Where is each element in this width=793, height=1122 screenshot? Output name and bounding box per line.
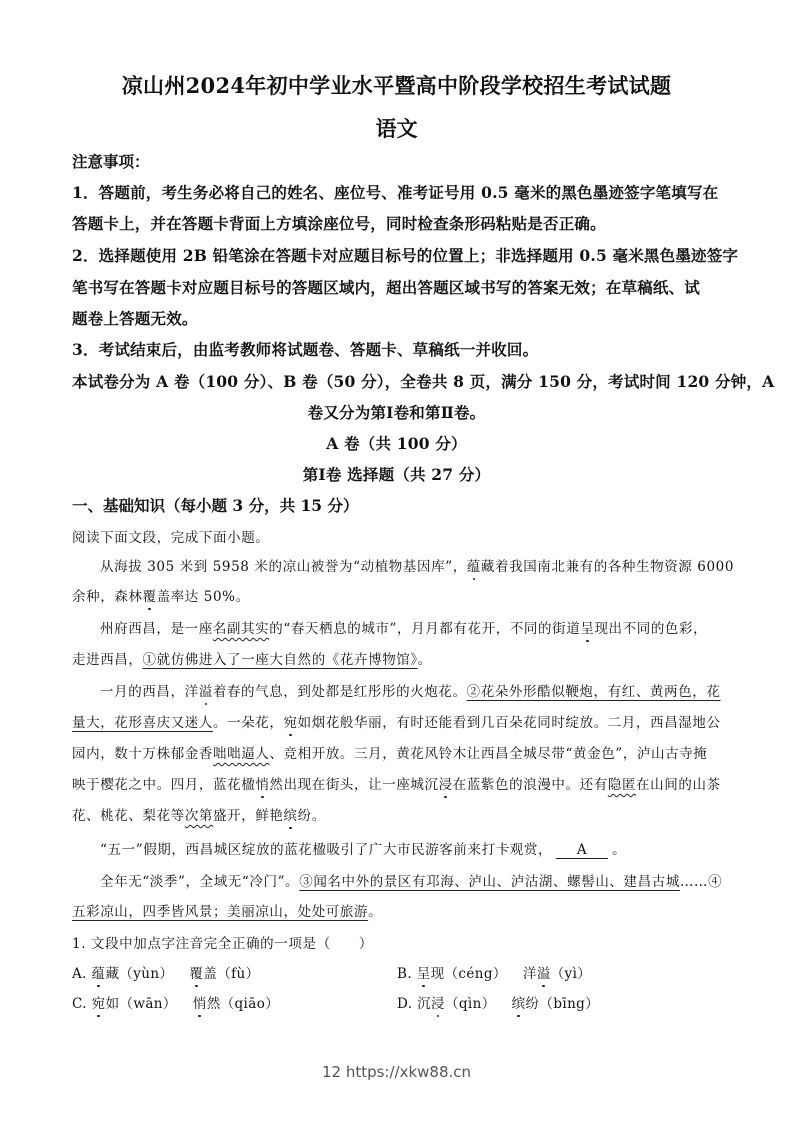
paper-info-line-1: 本试卷分为 A 卷（100 分）、B 卷（50 分），全卷共 8 页，满分 15… xyxy=(72,370,721,392)
part-1-heading: 第Ⅰ卷 选择题（共 27 分） xyxy=(0,463,793,485)
emphasis-dot-char: 浸 xyxy=(431,992,445,1012)
passage-p3-line-3: 园内，数十万株郁金香咄咄逼人、竞相开放。三月，黄花风铃木让西昌全城尽带“黄金色”… xyxy=(72,742,721,762)
underlined-sentence-2-cont: 量大，花形喜庆又迷人 xyxy=(72,715,213,731)
underlined-sentence-2: ②花朵外形酷似鞭炮，有红、黄两色，花 xyxy=(467,684,721,700)
emphasis-dot-char: 蕴 xyxy=(92,962,106,982)
question-1-stem: 1. 文段中加点字注音完全正确的一项是（ ） xyxy=(72,932,721,952)
emphasis-dot-char: 宛 xyxy=(92,992,106,1012)
option-c: C. 宛如（wān）悄然（qiāo） xyxy=(72,992,279,1012)
subject-title: 语文 xyxy=(0,113,793,143)
answer-blank-a: A xyxy=(556,842,608,859)
emphasis-dot-char: 浸 xyxy=(439,773,453,793)
option-b: B. 呈现（céng）洋溢（yì） xyxy=(397,962,591,982)
notice-item-2-line-3: 题卷上答题无效。 xyxy=(72,307,721,329)
page-footer-watermark: 12 https://xkw88.cn xyxy=(0,1063,793,1081)
document-title: 凉山州2024年初中学业水平暨高中阶段学校招生考试试题 xyxy=(0,70,793,100)
notice-item-1-line-2: 答题卡上，并在答题卡背面上方填涂座位号，同时检查条形码粘贴是否正确。 xyxy=(72,212,721,234)
emphasis-dot-char: 覆 xyxy=(143,585,157,605)
emphasis-dot-char: 宛 xyxy=(284,711,298,731)
passage-p3-line-5: 花、桃花、梨花等次第盛开，鲜艳缤纷。 xyxy=(72,804,721,824)
section-a-heading: A 卷（共 100 分） xyxy=(0,432,793,454)
notice-item-2-line-1: 2．选择题使用 2B 铅笔涂在答题卡对应题目标号的位置上；非选择题用 0.5 毫… xyxy=(72,244,721,266)
exam-page: 凉山州2024年初中学业水平暨高中阶段学校招生考试试题 语文 注意事项： 1．答… xyxy=(0,0,793,1122)
notice-item-3: 3．考试结束后，由监考教师将试题卷、答题卡、草稿纸一并收回。 xyxy=(72,338,721,360)
wavy-underlined-phrase: 次第 xyxy=(185,808,213,824)
passage-p5-line-1: 全年无“淡季”，全域无“冷门”。③闻名中外的景区有邛海、泸山、泸沽湖、螺髻山、建… xyxy=(72,870,721,890)
emphasis-dot-char: 溢 xyxy=(537,962,551,982)
emphasis-dot-char: 悄 xyxy=(255,773,269,793)
passage-p5-line-2: 五彩凉山，四季皆风景；美丽凉山，处处可旅游。 xyxy=(72,900,721,920)
emphasis-dot-char: 缤 xyxy=(512,992,526,1012)
passage-p1-line-2: 余种，森林覆盖率达 50%。 xyxy=(72,585,721,605)
paper-info-line-2: 卷又分为第Ⅰ卷和第Ⅱ卷。 xyxy=(0,401,793,423)
notice-item-1-line-1: 1．答题前，考生务必将自己的姓名、座位号、准考证号用 0.5 毫米的黑色墨迹签字… xyxy=(72,181,721,203)
reading-instruction: 阅读下面文段，完成下面小题。 xyxy=(72,526,721,546)
passage-p1-line-1: 从海拔 305 米到 5958 米的凉山被誉为“动植物基因库”，蕴藏着我国南北兼… xyxy=(72,555,721,575)
emphasis-dot-char: 呈 xyxy=(580,617,594,637)
emphasis-dot-char: 蕴 xyxy=(467,555,481,575)
passage-p3-line-2: 量大，花形喜庆又迷人。一朵花，宛如烟花般华丽，有时还能看到几百朵花同时绽放。二月… xyxy=(72,711,721,731)
emphasis-dot-char: 呈 xyxy=(417,962,431,982)
option-a: A. 蕴藏（yùn）覆盖（fù） xyxy=(72,962,260,982)
notice-item-2-line-2: 笔书写在答题卡对应题目标号的答题区域内，超出答题区域书写的答案无效；在草稿纸、试 xyxy=(72,276,721,298)
underlined-sentence-3: ③闻名中外的景区有邛海、泸山、泸沽湖、螺髻山、建昌古城 xyxy=(299,874,680,890)
section-1-heading: 一、基础知识（每小题 3 分，共 15 分） xyxy=(72,494,721,516)
passage-p2-line-1: 州府西昌，是一座名副其实的“春天栖息的城市”，月月都有花开，不同的街道呈现出不同… xyxy=(72,617,721,637)
wavy-underlined-phrase: 名副其实 xyxy=(213,621,269,637)
passage-p4-line-1: “五一”假期，西昌城区绽放的蓝花楹吸引了广大市民游客前来打卡观赏，A。 xyxy=(72,838,721,859)
underlined-sentence-1: ①就仿佛进入了一座大自然的《花卉博物馆》 xyxy=(143,652,418,668)
emphasis-dot-char: 溢 xyxy=(199,680,213,700)
underlined-sentence-4: 五彩凉山，四季皆风景；美丽凉山，处处可旅游 xyxy=(72,904,368,920)
emphasis-dot-char: 缤 xyxy=(284,804,298,824)
option-d: D. 沉浸（qìn）缤纷（bīng） xyxy=(397,992,599,1012)
wavy-underlined-phrase: 隐匿 xyxy=(608,777,636,793)
passage-p3-line-1: 一月的西昌，洋溢着春的气息，到处都是红彤彤的火炮花。②花朵外形酷似鞭炮，有红、黄… xyxy=(72,680,721,700)
passage-p2-line-2: 走进西昌，①就仿佛进入了一座大自然的《花卉博物馆》。 xyxy=(72,648,721,668)
notice-heading: 注意事项： xyxy=(72,150,721,172)
wavy-underlined-phrase: 咄咄逼人 xyxy=(213,746,269,762)
emphasis-dot-char: 覆 xyxy=(189,962,203,982)
emphasis-dot-char: 悄 xyxy=(193,992,207,1012)
passage-p3-line-4: 映于樱花之中。四月，蓝花楹悄然出现在街头，让一座城沉浸在蓝紫色的浪漫中。还有隐匿… xyxy=(72,773,721,793)
